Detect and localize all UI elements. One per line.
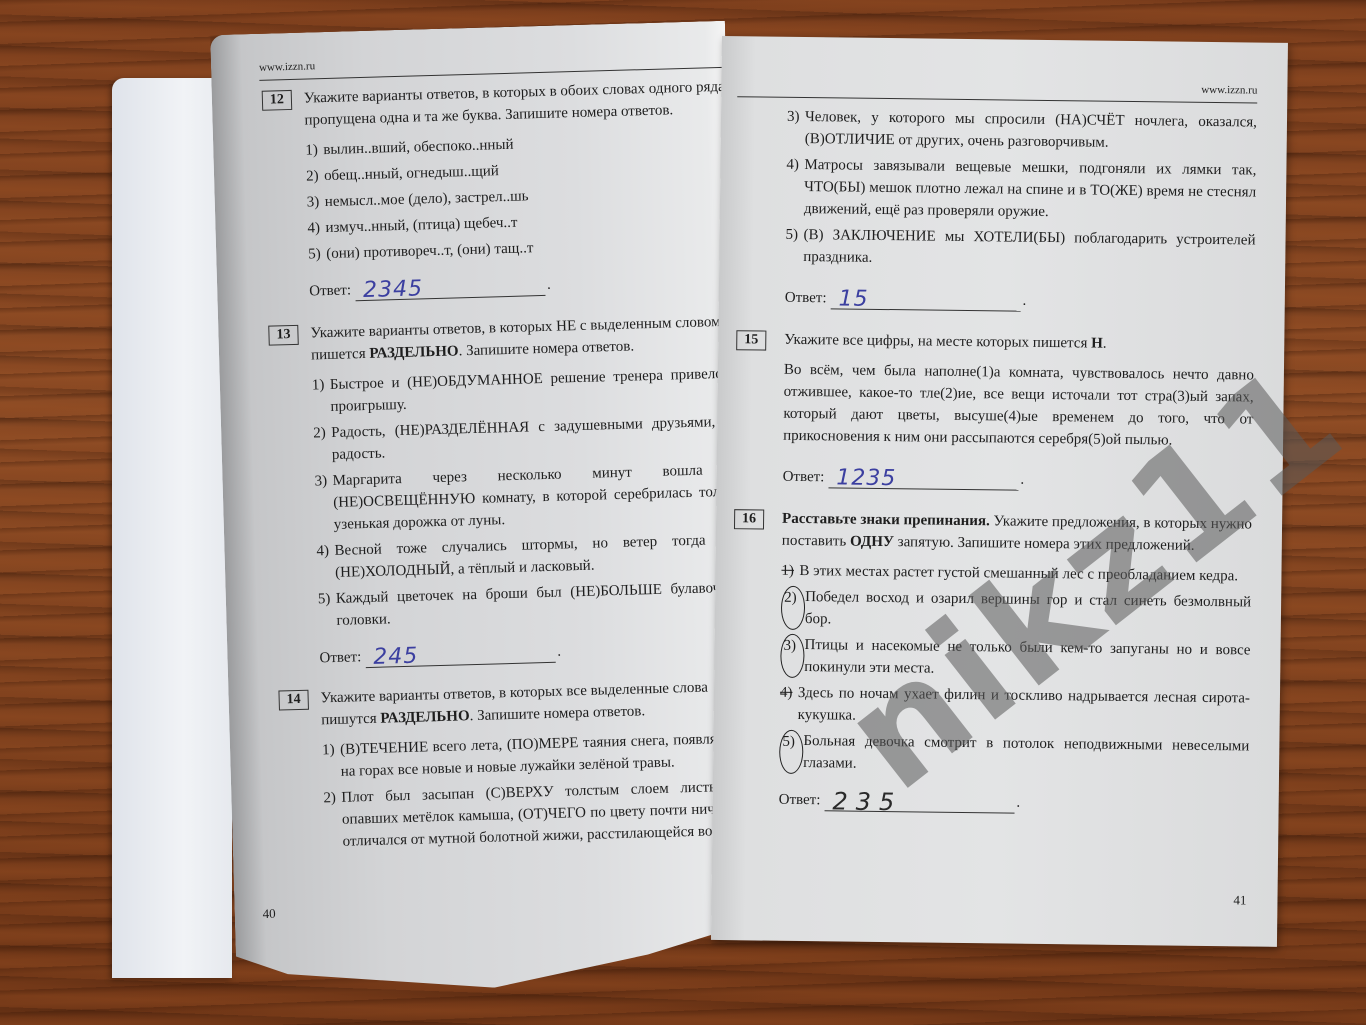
task-15: 15 Укажите все цифры, на месте которых п… <box>732 328 1254 493</box>
answer-label: Ответ: <box>319 646 361 669</box>
answer-line: 2345 <box>355 273 546 301</box>
option: 3)Маргарита через несколько минут вошла … <box>314 459 742 537</box>
task-16: 16 Расставьте знаки препинания. Укажите … <box>729 507 1253 816</box>
task-14: 14 Укажите варианты ответов, в которых в… <box>276 675 750 854</box>
answer-field: Ответ: 1235. <box>782 465 1252 494</box>
answer-line: 1235 <box>828 465 1018 490</box>
site-url: www.izzn.ru <box>1201 84 1257 97</box>
task-number: 15 <box>736 330 766 350</box>
option: 1)Быстрое и (НЕ)ОБДУМАННОЕ решение трене… <box>312 363 739 419</box>
answer-label: Ответ: <box>309 279 351 302</box>
option: 2)Плот был засыпан (С)ВЕРХУ толстым слое… <box>323 775 751 853</box>
option: 5)Каждый цветочек на броши был (НЕ)БОЛЬШ… <box>318 577 745 633</box>
answer-label: Ответ: <box>782 466 824 489</box>
handwritten-answer: 2345 <box>363 278 424 302</box>
answer-field: Ответ: 15. <box>785 286 1255 315</box>
option-circled: 2)Победел восход и озарил вершины гор и … <box>781 586 1252 636</box>
page-header: www.izzn.ru <box>259 43 730 81</box>
handwritten-answer: 1235 <box>836 467 896 490</box>
answer-line: 235 <box>824 788 1014 813</box>
option: 5)(В) ЗАКЛЮЧЕНИЕ мы ХОТЕЛИ(БЫ) поблагода… <box>785 224 1256 274</box>
answer-line: 15 <box>830 286 1020 311</box>
answer-label: Ответ: <box>779 789 821 812</box>
page-header: www.izzn.ru <box>737 72 1257 103</box>
answer-field: Ответ: 2345. <box>309 268 735 303</box>
option-circled: 5)Больная девочка смотрит в потолок непо… <box>779 730 1250 780</box>
answer-field: Ответ: 245. <box>319 634 745 669</box>
answer-line: 245 <box>365 640 556 668</box>
task-text: Во всём, чем была наполне(1)а комната, ч… <box>783 359 1254 453</box>
task-12: 12 Укажите варианты ответов, в которых в… <box>260 76 736 304</box>
answer-label: Ответ: <box>785 287 827 310</box>
task-number: 12 <box>262 90 293 111</box>
option: 4)Матросы завязывали вещевые мешки, подг… <box>786 154 1257 226</box>
task-13: 13 Укажите варианты ответов, в которых Н… <box>266 311 746 671</box>
book-cover-edge <box>112 78 232 978</box>
handwritten-answer: 235 <box>832 790 902 813</box>
left-page: www.izzn.ru 12 Укажите варианты ответов,… <box>210 21 752 995</box>
task-prompt: Расставьте знаки препинания. Укажите пре… <box>782 508 1253 558</box>
task-prompt: Укажите все цифры, на месте которых пише… <box>784 329 1254 357</box>
handwritten-answer: 15 <box>838 288 868 310</box>
option: 3)Человек, у которого мы спросили (НА)СЧ… <box>787 106 1258 156</box>
task-prompt: Укажите варианты ответов, в которых НЕ с… <box>310 311 737 367</box>
option: 1)(В)ТЕЧЕНИЕ всего лета, (ПО)МЕРЕ таяния… <box>322 727 749 783</box>
page-number: 40 <box>262 906 275 922</box>
page-number: 41 <box>1233 892 1246 908</box>
task-number: 16 <box>734 509 764 529</box>
task-prompt: Укажите варианты ответов, в которых все … <box>320 675 747 731</box>
option-crossed: 1)В этих местах растет густой смешанный … <box>781 560 1251 588</box>
task-prompt: Укажите варианты ответов, в которых в об… <box>304 76 731 132</box>
task-number: 13 <box>268 325 299 346</box>
handwritten-answer: 245 <box>373 646 419 669</box>
right-page: www.izzn.ru 3)Человек, у которого мы спр… <box>711 36 1288 947</box>
option: 4)Весной тоже случались штормы, но ветер… <box>316 529 743 585</box>
option-crossed: 4)Здесь по ночам ухает филин и тоскливо … <box>780 682 1251 732</box>
task-number: 14 <box>278 690 309 711</box>
site-url: www.izzn.ru <box>259 60 315 74</box>
option: 2)Радость, (НЕ)РАЗДЕЛЁННАЯ с задушевными… <box>313 411 740 467</box>
answer-field: Ответ: 235. <box>779 788 1249 817</box>
task-14-continued: 3)Человек, у которого мы спросили (НА)СЧ… <box>785 106 1257 315</box>
option-circled: 3)Птицы и насекомые не только были кем-т… <box>780 634 1251 684</box>
